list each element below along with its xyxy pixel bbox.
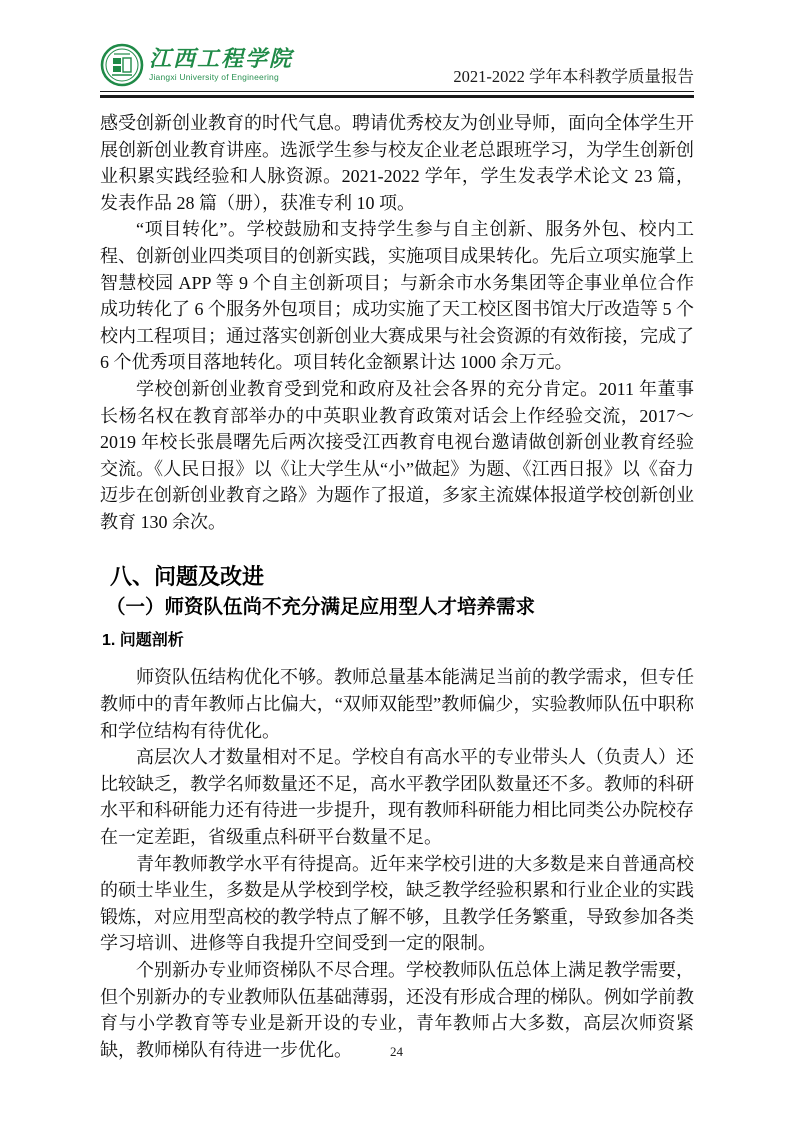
body-paragraph: 青年教师教学水平有待提高。近年来学校引进的大多数是来自普通高校的硕士毕业生，多数… bbox=[100, 851, 694, 957]
body-paragraph: 学校创新创业教育受到党和政府及社会各界的充分肯定。2011 年董事长杨名权在教育… bbox=[100, 376, 694, 536]
university-logo: 江西工程学院 Jiangxi University of Engineering bbox=[100, 42, 293, 88]
document-content: 感受创新创业教育的时代气息。聘请优秀校友为创业导师，面向全体学生开展创新创业教育… bbox=[100, 110, 694, 1063]
numbered-heading: 1. 问题剖析 bbox=[102, 631, 694, 650]
document-page: 江西工程学院 Jiangxi University of Engineering… bbox=[0, 0, 793, 1122]
report-title: 2021-2022 学年本科教学质量报告 bbox=[453, 63, 694, 88]
body-paragraph: “项目转化”。学校鼓励和支持学生参与自主创新、服务外包、校内工程、创新创业四类项… bbox=[100, 216, 694, 376]
university-seal-icon bbox=[100, 42, 144, 88]
header-divider bbox=[100, 91, 694, 98]
university-name-cn: 江西工程学院 bbox=[149, 48, 293, 70]
university-logotype: 江西工程学院 Jiangxi University of Engineering bbox=[149, 48, 293, 82]
body-paragraph: 感受创新创业教育的时代气息。聘请优秀校友为创业导师，面向全体学生开展创新创业教育… bbox=[100, 110, 694, 216]
page-footer: 24 bbox=[0, 1044, 793, 1060]
university-name-en: Jiangxi University of Engineering bbox=[149, 73, 293, 82]
page-number: 24 bbox=[390, 1044, 403, 1059]
body-paragraph: 师资队伍结构优化不够。教师总量基本能满足当前的教学需求，但专任教师中的青年教师占… bbox=[100, 664, 694, 744]
subsection-heading: （一）师资队伍尚不充分满足应用型人才培养需求 bbox=[106, 596, 694, 619]
body-paragraph: 高层次人才数量相对不足。学校自有高水平的专业带头人（负责人）还比较缺乏，教学名师… bbox=[100, 744, 694, 850]
section-heading: 八、问题及改进 bbox=[110, 564, 694, 590]
page-header: 江西工程学院 Jiangxi University of Engineering… bbox=[100, 40, 694, 88]
